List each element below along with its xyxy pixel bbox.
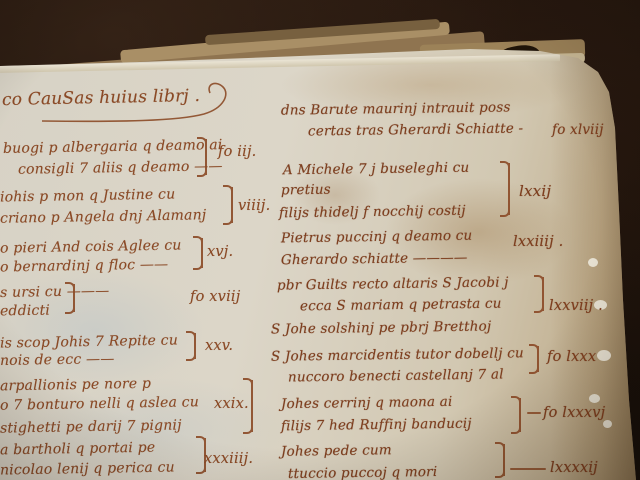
entry-line: ttuccio puccoj q mori bbox=[288, 466, 437, 480]
entry-line: S Johes marcidentis tutor dobellj cu bbox=[271, 347, 524, 364]
manuscript-page: co CauSas huius librj . buogi p albergar… bbox=[0, 0, 640, 480]
folio-number: xvj. bbox=[207, 245, 233, 260]
entry-line: dns Barute maurinj intrauit poss bbox=[281, 101, 511, 118]
grouping-bracket bbox=[528, 346, 539, 372]
entry-line: Johes cerrinj q maona ai bbox=[281, 396, 453, 412]
folio-number: lxxxxij bbox=[550, 461, 598, 476]
entry-line: A Michele 7 j buseleghi cu bbox=[283, 162, 470, 178]
page-title: co CauSas huius librj . bbox=[2, 88, 200, 109]
entry-line: consigli 7 aliis q deamo —— bbox=[18, 159, 223, 177]
photo-background: co CauSas huius librj . buogi p albergar… bbox=[0, 0, 640, 480]
edge-chip bbox=[589, 394, 600, 403]
connector-dash bbox=[510, 468, 546, 470]
entry-line: o pieri And cois Aglee cu bbox=[0, 238, 182, 255]
entry-line: nuccoro benecti castellanj 7 al bbox=[288, 368, 504, 385]
folio-number: lxxviij . bbox=[549, 299, 603, 314]
edge-chip bbox=[588, 258, 598, 267]
entry-line: Gherardo schiatte ———— bbox=[281, 252, 468, 268]
entry-line: nicolao lenij q perica cu bbox=[0, 460, 175, 477]
entry-line: pretius bbox=[281, 184, 331, 198]
grouping-bracket bbox=[533, 277, 544, 311]
entry-line: o 7 bonturo nelli q aslea cu bbox=[0, 395, 199, 412]
folio-number: fo iij. bbox=[218, 145, 257, 160]
grouping-bracket bbox=[196, 139, 207, 175]
folio-number: xxix. bbox=[214, 397, 249, 412]
entry-line: S Johe solshinj pe pbrj Bretthoj bbox=[271, 320, 491, 337]
folio-number: fo xlviij bbox=[552, 124, 604, 138]
folio-number: xxxiiij. bbox=[204, 452, 253, 467]
grouping-bracket bbox=[510, 398, 521, 432]
grouping-bracket bbox=[494, 444, 505, 476]
entry-line: o bernardinj q floc —— bbox=[0, 258, 168, 275]
entry-line: certas tras Gherardi Schiatte - bbox=[308, 122, 523, 139]
edge-chip bbox=[603, 420, 612, 428]
grouping-bracket bbox=[185, 333, 196, 359]
folio-number: fo lxxxvj bbox=[543, 406, 605, 421]
folio-number: lxxiiij . bbox=[513, 235, 563, 250]
grouping-bracket bbox=[499, 163, 510, 215]
entry-line: criano p Angela dnj Alamanj bbox=[0, 208, 207, 226]
entry-line: a bartholi q portai pe bbox=[0, 441, 155, 458]
entry-line: arpallionis pe nore p bbox=[0, 377, 151, 394]
entry-line: stighetti pe darij 7 pignij bbox=[0, 418, 182, 435]
grouping-bracket bbox=[64, 284, 75, 312]
entry-line: nois de ecc —— bbox=[0, 352, 115, 368]
grouping-bracket bbox=[222, 187, 233, 223]
entry-line: is scop Johis 7 Repite cu bbox=[0, 333, 178, 350]
folio-number: fo xviij bbox=[190, 290, 240, 305]
connector-dash bbox=[527, 412, 541, 414]
entry-line: ecca S mariam q petrasta cu bbox=[300, 298, 502, 314]
folio-number: xxv. bbox=[205, 339, 233, 354]
entry-line: Johes pede cum bbox=[281, 444, 392, 459]
folio-number: fo lxxx bbox=[547, 350, 596, 365]
folio-number: lxxij bbox=[519, 184, 551, 199]
entry-line: eddicti bbox=[0, 304, 50, 319]
entry-line: pbr Guilts recto altaris S Jacobi j bbox=[277, 276, 509, 293]
entry-line: filijs thidelj f nocchij costij bbox=[279, 205, 466, 221]
entry-line: iohis p mon q Justine cu bbox=[0, 187, 175, 204]
folio-number: viiij. bbox=[238, 199, 270, 214]
entry-line: buogi p albergaria q deamo ai bbox=[3, 138, 223, 156]
entry-line: filijs 7 hed Ruffinj banducij bbox=[281, 418, 472, 434]
entry-line: s ursi cu ——— bbox=[0, 284, 109, 300]
edge-chip bbox=[597, 350, 611, 361]
grouping-bracket bbox=[192, 238, 203, 268]
entry-line: Pietrus puccinj q deamo cu bbox=[281, 230, 473, 246]
